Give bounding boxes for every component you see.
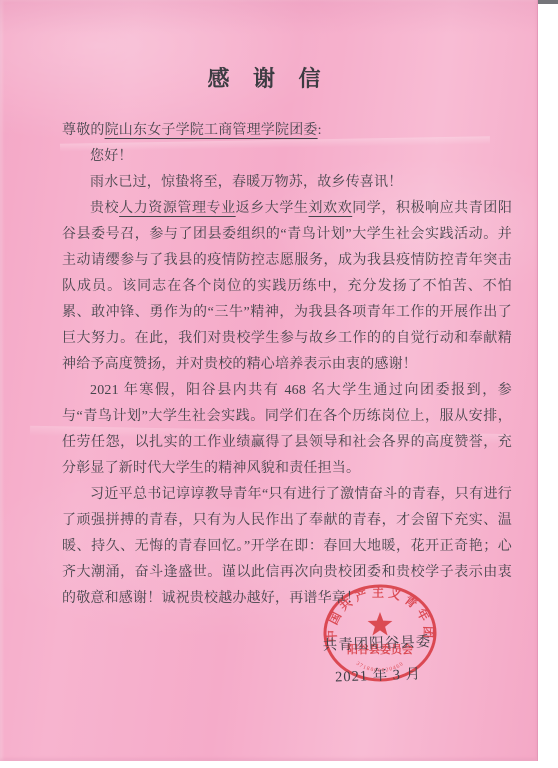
paper-wrinkle (0, 0, 537, 34)
recipient-name-underlined: 院山东女子学院工商管理学院团委 (105, 123, 318, 138)
text-segment: 贵校 (90, 201, 119, 216)
signature-organization: 共青团阳谷县委 (299, 629, 455, 655)
salutation-line: 尊敬的院山东女子学院工商管理学院团委: (62, 118, 512, 144)
greeting-line: 您好！ (62, 144, 512, 170)
major-name-underlined: 人力资源管理专业 (119, 201, 236, 216)
opening-line: 雨水已过，惊蛰将至，春暖万物苏，故乡传喜讯！ (62, 170, 512, 196)
paragraph-statistics: 2021 年寒假，阳谷县内共有 468 名大学生通过向团委报到，参与“青鸟计划”… (62, 378, 512, 482)
salutation-prefix: 尊敬的 (62, 123, 105, 138)
pink-letter-paper: 感 谢 信 尊敬的院山东女子学院工商管理学院团委: 您好！ 雨水已过，惊蛰将至，… (0, 0, 538, 761)
salutation-colon: : (318, 123, 322, 138)
signature-block: 共青团阳谷县委 2021 年 3 月 (299, 629, 456, 687)
paragraph-student-deeds: 贵校人力资源管理专业返乡大学生刘欢欢同学，积极响应共青团阳谷县委号召，参与了团县… (62, 196, 512, 378)
student-name-underlined: 刘欢欢 (308, 201, 352, 216)
text-segment: 同学，积极响应共青团阳谷县委号召，参与了团县委组织的“青鸟计划”大学生社会实践活… (62, 201, 512, 372)
letter-title: 感 谢 信 (0, 62, 537, 93)
scanner-edge-artifact (538, 0, 558, 4)
paragraph-quote-closing: 习近平总书记谆谆教导青年“只有进行了激情奋斗的青春，只有进行了顽强拼搏的青春，只… (62, 482, 512, 612)
letter-body: 尊敬的院山东女子学院工商管理学院团委: 您好！ 雨水已过，惊蛰将至，春暖万物苏，… (62, 118, 512, 612)
text-segment: 返乡大学生 (236, 201, 309, 216)
signature-date: 2021 年 3 月 (300, 661, 456, 687)
